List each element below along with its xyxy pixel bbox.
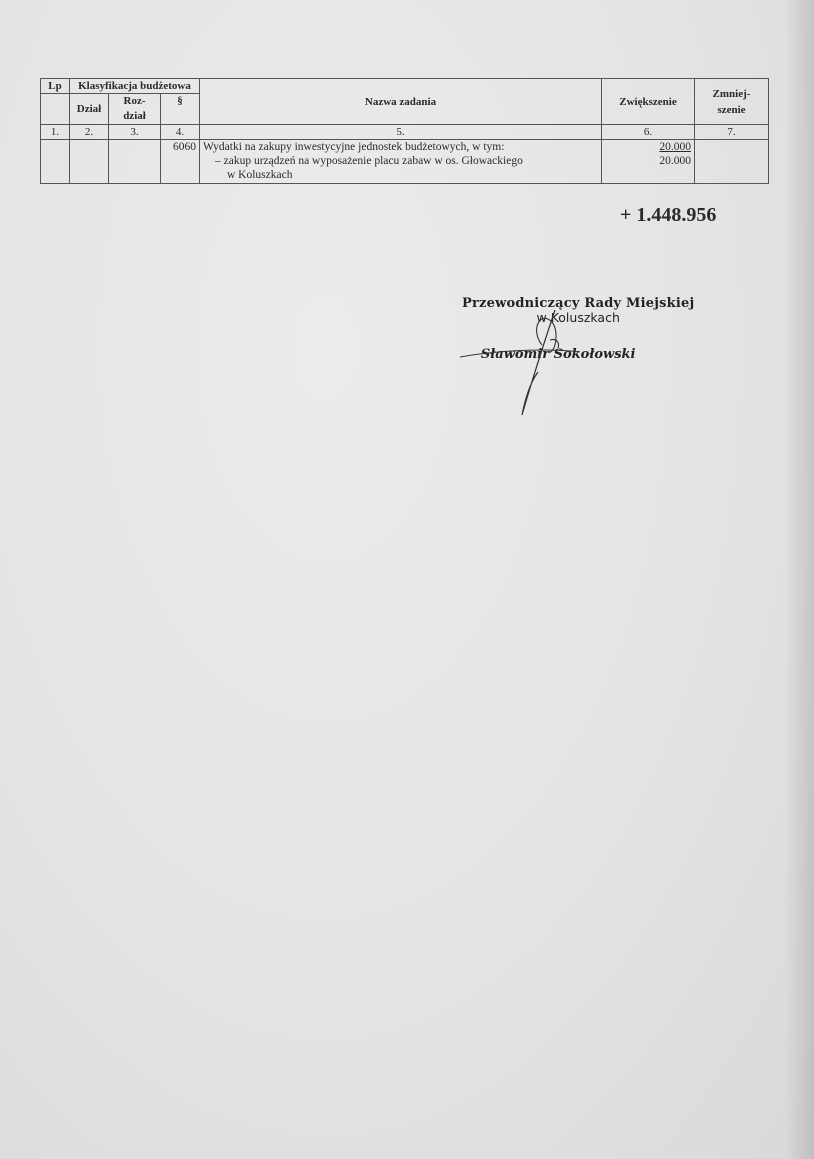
header-lp-empty xyxy=(41,94,70,125)
header-dzial: Dział xyxy=(70,94,109,125)
header-klasyfikacja: Klasyfikacja budżetowa xyxy=(70,79,200,94)
task-subline: – zakup urządzeń na wyposażenie placu za… xyxy=(203,154,598,168)
header-lp: Lp xyxy=(41,79,70,94)
column-number-row: 1. 2. 3. 4. 5. 6. 7. xyxy=(41,125,769,140)
amount-total: 20.000 xyxy=(605,140,691,154)
header-zmniejszenie: Zmniej- szenie xyxy=(695,79,769,125)
handwritten-signature-icon xyxy=(460,300,660,420)
amount-sub: 20.000 xyxy=(605,154,691,168)
task-subline-cont: w Koluszkach xyxy=(203,168,598,182)
cell-paragraf: 6060 xyxy=(161,140,200,184)
column-number: 7. xyxy=(695,125,769,140)
cell-lp xyxy=(41,140,70,184)
column-number: 4. xyxy=(161,125,200,140)
cell-zwiekszenie: 20.000 20.000 xyxy=(602,140,695,184)
column-number: 6. xyxy=(602,125,695,140)
budget-table: Lp Klasyfikacja budżetowa Nazwa zadania … xyxy=(40,78,769,184)
cell-rozdzial xyxy=(109,140,161,184)
column-number: 5. xyxy=(200,125,602,140)
column-number: 2. xyxy=(70,125,109,140)
scan-edge-shadow xyxy=(784,0,814,1159)
table-row: 6060 Wydatki na zakupy inwestycyjne jedn… xyxy=(41,140,769,184)
cell-dzial xyxy=(70,140,109,184)
column-number: 3. xyxy=(109,125,161,140)
header-zwiekszenie: Zwiększenie xyxy=(602,79,695,125)
grand-total: + 1.448.956 xyxy=(620,204,716,227)
cell-nazwa: Wydatki na zakupy inwestycyjne jednostek… xyxy=(200,140,602,184)
header-rozdzial: Roz- dział xyxy=(109,94,161,125)
task-line: Wydatki na zakupy inwestycyjne jednostek… xyxy=(203,140,598,154)
header-row-1: Lp Klasyfikacja budżetowa Nazwa zadania … xyxy=(41,79,769,94)
header-paragraf: § xyxy=(161,94,200,125)
header-nazwa: Nazwa zadania xyxy=(200,79,602,125)
column-number: 1. xyxy=(41,125,70,140)
cell-zmniejszenie xyxy=(695,140,769,184)
